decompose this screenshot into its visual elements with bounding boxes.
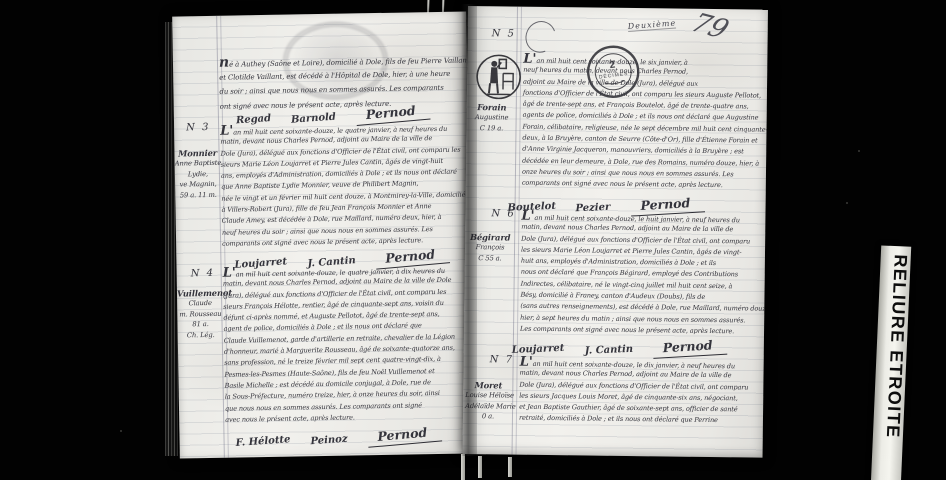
handwritten-line: m. Rousseau [177, 309, 223, 320]
dust-speck [846, 202, 848, 204]
right-page: Deuxième 79 N 5 ForainAugustineC 19 a. 2… [463, 6, 768, 458]
entry-signatures-n4: F. Hélotte Peinoz Pernod [235, 426, 441, 448]
entry-body-n5: L'an mil huit cent soixante-douze, le si… [522, 54, 768, 193]
page-edge-tab [461, 454, 465, 480]
revenue-stamp-figure-icon [475, 53, 523, 101]
entry-number-n5: N 5 [492, 28, 516, 39]
signature: Pernod [367, 423, 442, 447]
entry-number-n6: N 6 [491, 208, 515, 219]
signature: Peinoz [310, 434, 348, 448]
entry-body-n6: L'an mil huit cent soixante-douze, le hu… [520, 211, 768, 338]
handwritten-line: Vuillemenot [177, 288, 223, 299]
entry-margin-n3: MonnierAnne BaptisteLydie,ve Magnin,59 a… [174, 148, 221, 201]
page-edge-tab [478, 456, 482, 478]
handwritten-line: Ch. Lég. [178, 329, 224, 340]
signature: Pernod [652, 337, 727, 359]
entry-number-n7: N 7 [490, 354, 514, 365]
signature: J. Cantin [584, 344, 633, 357]
header-scribble: Deuxième [627, 18, 676, 32]
handwritten-line: ve Magnin, [175, 179, 221, 190]
binding-label: RELIURE ETROITE [871, 245, 911, 480]
dust-speck [120, 430, 122, 432]
entry-number-n3: N 3 [186, 122, 210, 133]
dust-speck [858, 150, 860, 152]
entry-margin-n4: VuillemenotClaudem. Rousseau81 a.Ch. Lég… [177, 288, 224, 341]
entry-body-n4: L'an mil huit cent soixante-douze, le qu… [223, 264, 457, 426]
scanned-register-view: né à Authey (Saône et Loire), domicilié … [0, 0, 946, 480]
book-gutter [461, 4, 477, 456]
handwritten-line: 59 a. 11 m. [175, 189, 221, 200]
entry-body-n7: L'an mil huit cent soixante-douze, le di… [519, 357, 749, 428]
entry-signatures-n6: Loujarret J. Cantin Pernod [512, 337, 727, 358]
handwritten-line: Anne Baptiste [175, 158, 221, 169]
entry-body-n3: L'an mil huit cent soixante-douze, le qu… [220, 121, 470, 250]
handwritten-line: retraité, domiciliés à Dole ; et ils nou… [519, 413, 748, 427]
entry-number-n4: N 4 [191, 268, 215, 279]
signature: F. Hélotte [235, 434, 291, 449]
left-page: né à Authey (Saône et Loire), domicilié … [172, 11, 474, 458]
handwritten-line: Les comparants ont signé avec nous le pr… [520, 324, 768, 338]
page-edge-tab [508, 457, 512, 477]
folio-number: 79 [686, 8, 733, 45]
